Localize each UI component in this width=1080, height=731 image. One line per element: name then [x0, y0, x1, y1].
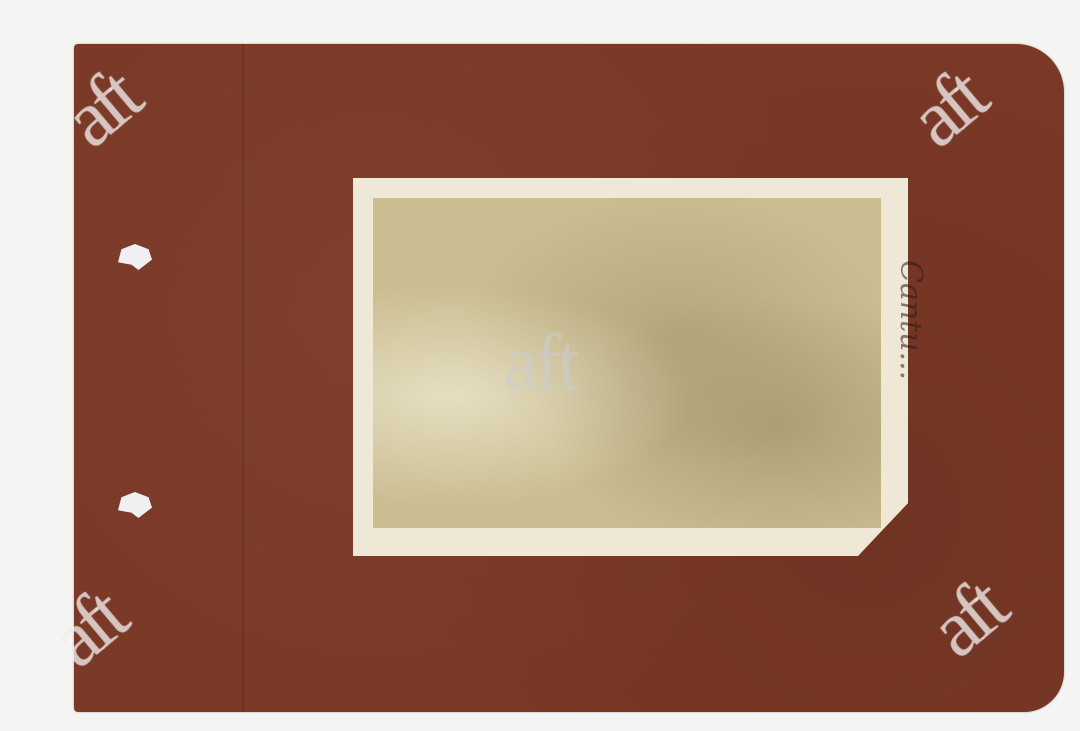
watermark-top-right: aft: [893, 53, 1002, 165]
sepia-photograph: aft: [373, 198, 881, 528]
watermark-top-left: aft: [47, 53, 156, 165]
page-spine-crease: [242, 44, 244, 712]
binding-hole-bottom: [118, 492, 152, 518]
watermark-bottom-right: aft: [913, 563, 1022, 675]
handwritten-annotation: Cantu...: [893, 260, 928, 380]
watermark-bottom-left: aft: [33, 573, 142, 685]
watermark-center: aft: [503, 318, 575, 409]
photo-mount: aft: [353, 178, 908, 556]
binding-hole-top: [118, 244, 152, 270]
